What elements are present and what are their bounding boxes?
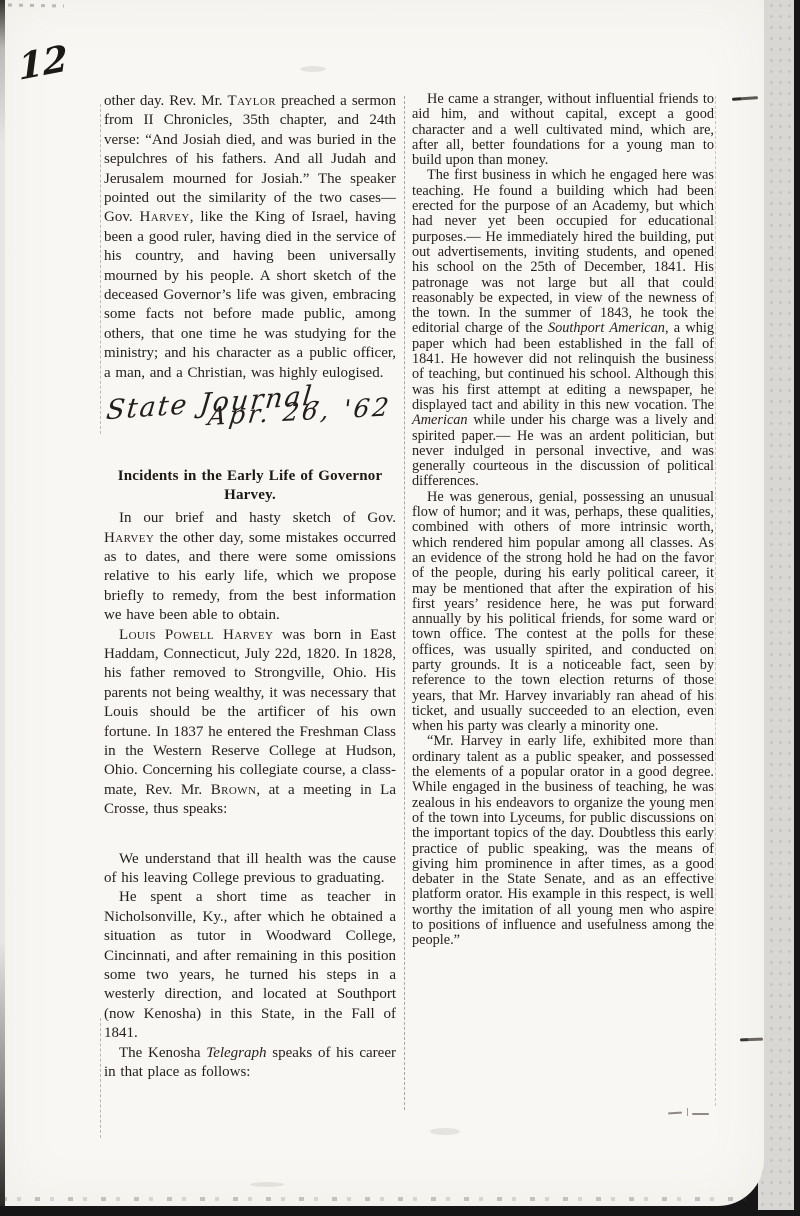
text-segment: “Mr. Harvey in early life, exhibited mor… bbox=[412, 733, 714, 948]
column-left-top-paragraphs: other day. Rev. Mr. Taylor preached a se… bbox=[104, 92, 396, 383]
column-right-rule bbox=[715, 96, 716, 1106]
text-segment: Brown bbox=[211, 782, 257, 798]
newspaper-column-left: other day. Rev. Mr. Taylor preached a se… bbox=[104, 92, 396, 1082]
text-segment: Louis Powell Harvey bbox=[119, 627, 273, 643]
text-segment: , like the King of Israel, having been a… bbox=[104, 209, 396, 380]
paragraph: In our brief and hasty sketch of Gov. Ha… bbox=[104, 509, 396, 625]
headline-line2: Harvey. bbox=[104, 486, 396, 505]
pencil-mark bbox=[732, 96, 758, 101]
text-segment: other day. Rev. Mr. bbox=[104, 93, 228, 109]
pencil-mark bbox=[687, 1108, 688, 1116]
column-right-paragraphs: He came a stranger, without influential … bbox=[412, 92, 714, 949]
text-segment: preached a sermon from II Chronicles, 35… bbox=[104, 93, 396, 225]
text-segment: He came a stranger, without influential … bbox=[412, 91, 714, 168]
annotation-date: Apr. 26, '62 bbox=[207, 397, 397, 426]
scan-dust-top bbox=[8, 4, 64, 8]
text-segment: He spent a short time as teacher in Nich… bbox=[104, 889, 396, 1041]
column-left-rule-top bbox=[100, 104, 101, 434]
text-segment: Telegraph bbox=[206, 1045, 266, 1061]
column-divider bbox=[404, 96, 405, 1110]
text-segment: In our brief and hasty sketch of Gov. bbox=[119, 510, 396, 526]
pencil-mark bbox=[668, 1112, 682, 1115]
text-segment: Southport American bbox=[548, 320, 665, 336]
text-segment: Harvey bbox=[140, 209, 190, 225]
paragraph: He spent a short time as teacher in Nich… bbox=[104, 888, 396, 1043]
paragraph: “Mr. Harvey in early life, exhibited mor… bbox=[412, 734, 714, 948]
text-segment: was born in East Haddam, Connecticut, Ju… bbox=[104, 627, 396, 798]
scan-speckle bbox=[300, 66, 326, 72]
paragraph: He came a stranger, without influential … bbox=[412, 92, 714, 168]
paragraph: The first business in which he engaged h… bbox=[412, 168, 714, 489]
text-segment: Harvey bbox=[104, 530, 154, 546]
article-headline: Incidents in the Early Life of Governor … bbox=[104, 467, 396, 504]
text-segment: We understand that ill health was the ca… bbox=[104, 851, 396, 886]
scan-edge-left bbox=[0, 0, 5, 1206]
text-segment: He was generous, genial, possessing an u… bbox=[412, 489, 714, 734]
paper-sheet: 12 other day. Rev. Mr. Taylor preached a… bbox=[0, 0, 764, 1206]
newspaper-column-right: He came a stranger, without influential … bbox=[412, 92, 714, 949]
page-number-handwritten: 12 bbox=[17, 37, 68, 89]
scanned-newspaper-page: { "page": { "page_number": "12", "kind":… bbox=[0, 0, 800, 1216]
pencil-mark bbox=[692, 1113, 709, 1115]
paragraph: The Kenosha Telegraph speaks of his care… bbox=[104, 1044, 396, 1083]
annotation-source: State Journal, bbox=[105, 381, 396, 421]
scan-dust-bottom bbox=[2, 1197, 756, 1201]
text-segment: The first business in which he engaged h… bbox=[412, 167, 714, 336]
column-left-rule-bottom bbox=[100, 1018, 101, 1138]
text-segment: Taylor bbox=[228, 93, 276, 109]
scan-speckle bbox=[430, 1128, 460, 1135]
paragraph: He was generous, genial, possessing an u… bbox=[412, 490, 714, 735]
headline-line1: Incidents in the Early Life of Governor bbox=[104, 467, 396, 486]
paragraph: Louis Powell Harvey was born in East Had… bbox=[104, 626, 396, 820]
pencil-mark bbox=[740, 1038, 763, 1042]
margin-annotation: State Journal, Apr. 26, '62 bbox=[104, 391, 396, 465]
scan-speckle bbox=[250, 1182, 284, 1187]
text-segment: American bbox=[412, 412, 468, 428]
column-left-bottom-paragraphs: In our brief and hasty sketch of Gov. Ha… bbox=[104, 509, 396, 1082]
text-segment: The Kenosha bbox=[119, 1045, 206, 1061]
paragraph: other day. Rev. Mr. Taylor preached a se… bbox=[104, 92, 396, 383]
paragraph: We understand that ill health was the ca… bbox=[104, 850, 396, 889]
